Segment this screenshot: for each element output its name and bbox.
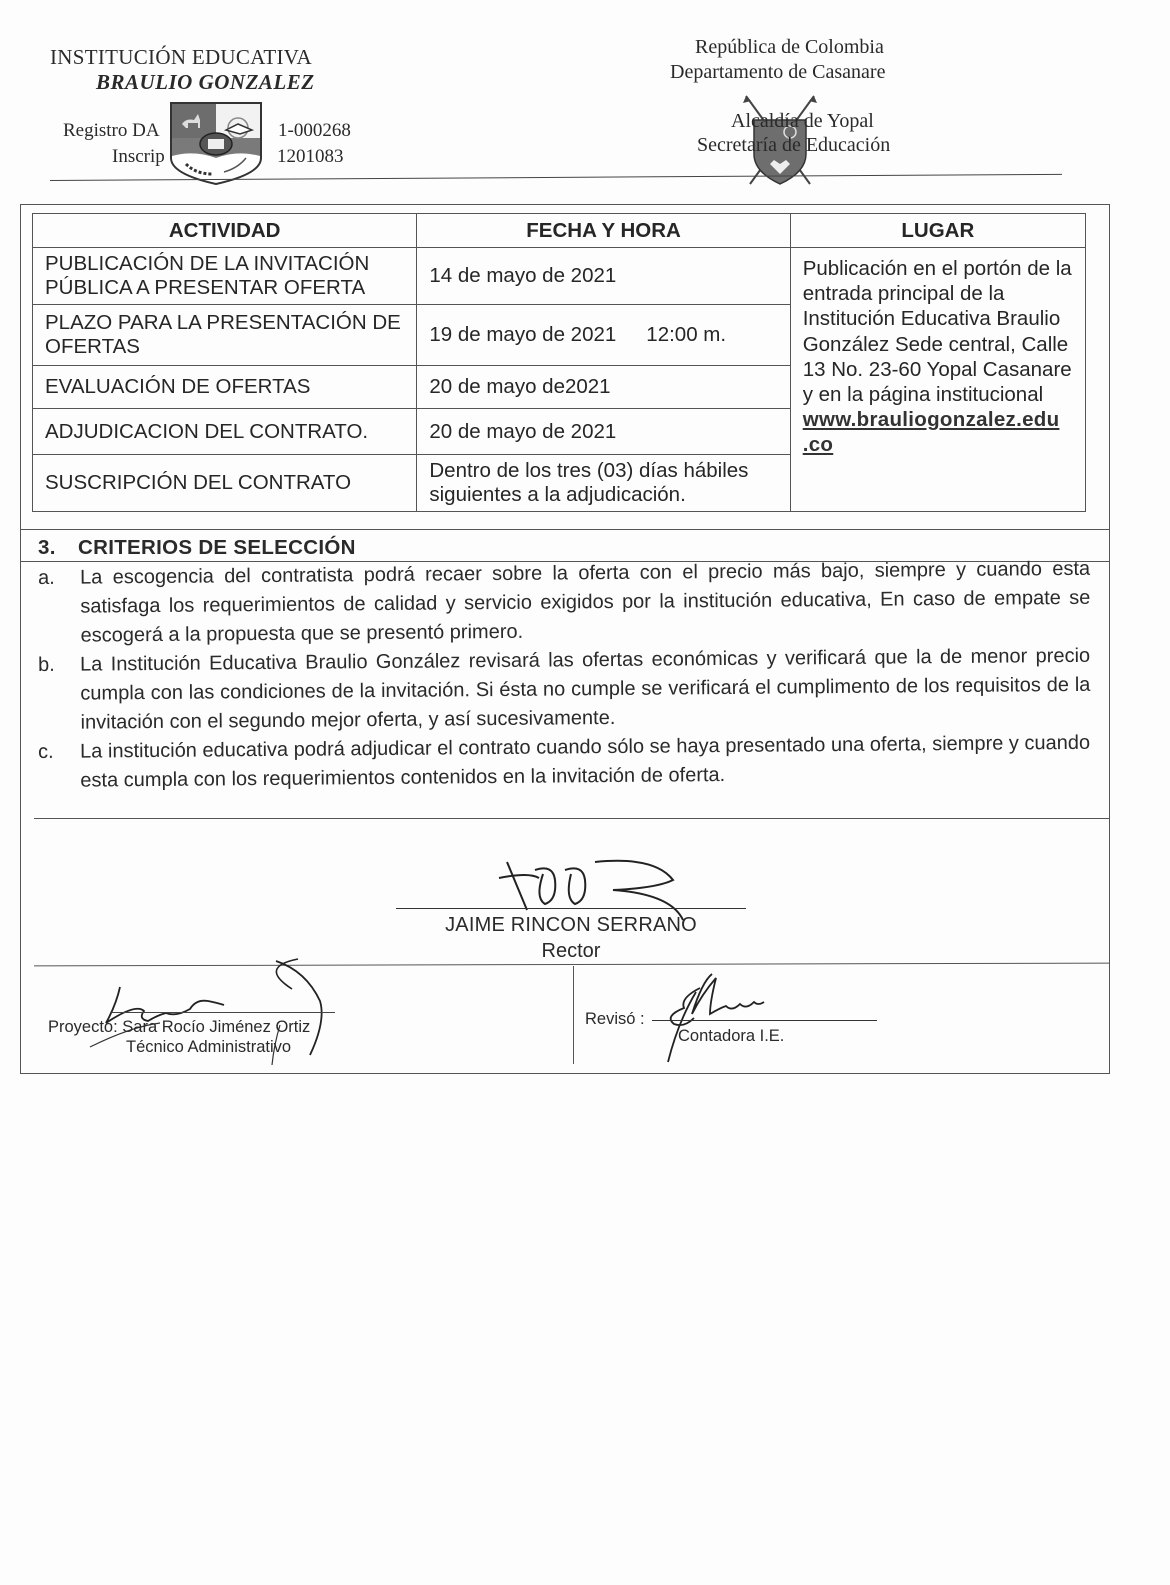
rector-role: Rector [396, 940, 746, 963]
date-cell: 14 de mayo de 2021 [417, 248, 790, 305]
rector-name: JAIME RINCON SERRANO [396, 914, 746, 937]
rector-signature-line [396, 908, 746, 909]
country-line: República de Colombia [695, 36, 884, 59]
proyecto-name: Sara Rocío Jiménez Ortiz [122, 1018, 310, 1036]
column-header-fecha-hora: FECHA Y HORA [417, 214, 790, 248]
proyecto-role: Técnico Administrativo [126, 1038, 291, 1057]
table-header-row: ACTIVIDAD FECHA Y HORA LUGAR [33, 214, 1086, 248]
place-text: Publicación en el portón de la entrada p… [803, 256, 1073, 407]
criteria-item: a. La escogencia del contratista podrá r… [38, 555, 1091, 651]
activity-cell: PUBLICACIÓN DE LA INVITACIÓN PÚBLICA A P… [33, 248, 417, 305]
institution-name: BRAULIO GONZALEZ [96, 70, 315, 95]
criteria-item: b. La Institución Educativa Braulio Gonz… [38, 642, 1091, 738]
registro-value: 1-000268 [278, 120, 351, 142]
place-cell: Publicación en el portón de la entrada p… [790, 248, 1085, 512]
criteria-item-label: a. [38, 564, 55, 593]
signature-column-divider [573, 966, 574, 1064]
section-title-text: CRITERIOS DE SELECCIÓN [78, 536, 356, 559]
column-header-actividad: ACTIVIDAD [33, 214, 417, 248]
criteria-item-text: La escogencia del contratista podrá reca… [80, 555, 1091, 651]
criteria-item-label: c. [38, 738, 54, 767]
activity-cell: ADJUDICACION DEL CONTRATO. [33, 409, 417, 455]
proyecto-label: Proyecto: [48, 1018, 118, 1036]
criteria-item-label: b. [38, 651, 55, 680]
activity-cell: SUSCRIPCIÓN DEL CONTRATO [33, 455, 417, 512]
section-number: 3. [38, 536, 78, 560]
proyecto-signature-line [110, 1012, 335, 1013]
reviso-label: Revisó : [585, 1010, 645, 1029]
schedule-table: ACTIVIDAD FECHA Y HORA LUGAR PUBLICACIÓN… [32, 213, 1086, 512]
criteria-item: c. La institución educativa podrá adjudi… [38, 729, 1090, 796]
activity-cell: EVALUACIÓN DE OFERTAS [33, 366, 417, 409]
date-cell: 19 de mayo de 202112:00 m. [417, 305, 790, 366]
section-divider [34, 818, 1110, 819]
reviso-role: Contadora I.E. [678, 1027, 784, 1046]
date-cell: 20 de mayo de 2021 [417, 409, 790, 455]
institution-website-link-end[interactable]: .co [803, 432, 1073, 457]
registro-label: Registro DA [63, 120, 160, 142]
reviso-signature-line [652, 1020, 877, 1021]
date-cell: 20 de mayo de2021 [417, 366, 790, 409]
rector-signature-icon [495, 850, 695, 920]
criteria-item-text: La institución educativa podrá adjudicar… [80, 729, 1090, 796]
time-text: 12:00 m. [646, 323, 726, 346]
section-divider [20, 529, 1110, 530]
inscripcion-label: Inscrip [112, 146, 165, 168]
institution-website-link[interactable]: www.brauliogonzalez.edu [803, 407, 1073, 432]
proyecto-credit: Proyecto: Sara Rocío Jiménez Ortiz [48, 1018, 310, 1037]
department-line: Departamento de Casanare [670, 61, 885, 84]
school-coat-of-arms-icon [168, 100, 264, 185]
criteria-item-text: La Institución Educativa Braulio Gonzále… [80, 642, 1091, 738]
reviso-signature-icon [660, 970, 780, 1065]
inscripcion-value: 1201083 [277, 146, 344, 168]
table-row: PUBLICACIÓN DE LA INVITACIÓN PÚBLICA A P… [33, 248, 1086, 305]
column-header-lugar: LUGAR [790, 214, 1085, 248]
date-cell: Dentro de los tres (03) días hábiles sig… [417, 455, 790, 512]
secretariat-line: Secretaría de Educación [697, 134, 890, 157]
activity-cell: PLAZO PARA LA PRESENTACIÓN DE OFERTAS [33, 305, 417, 366]
institution-title: INSTITUCIÓN EDUCATIVA [50, 45, 312, 70]
date-text: 19 de mayo de 2021 [429, 323, 616, 346]
municipality-line: Alcaldía de Yopal [731, 110, 874, 133]
section-title: 3.CRITERIOS DE SELECCIÓN [38, 536, 356, 560]
